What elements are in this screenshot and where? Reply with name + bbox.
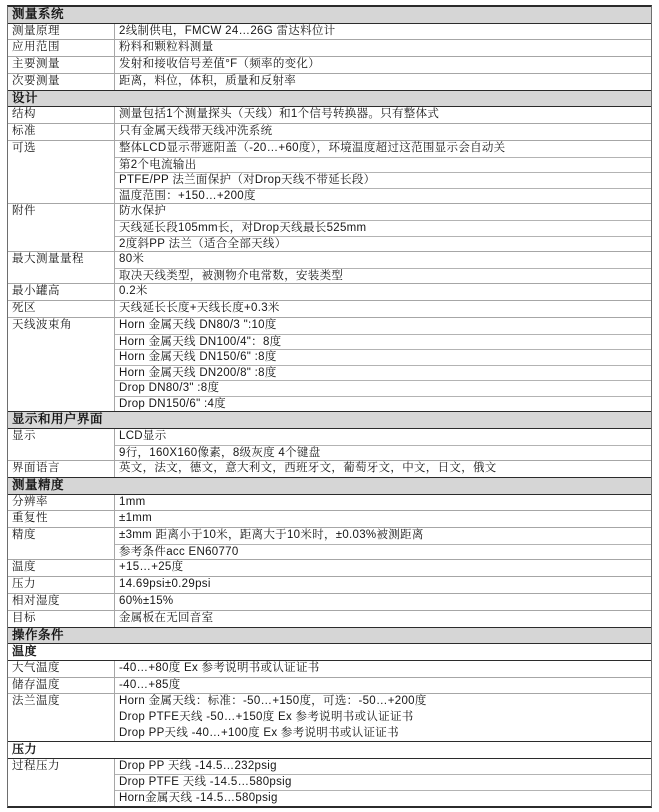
spec-label: 显示 xyxy=(8,429,115,460)
spec-values: ±1mm xyxy=(115,511,651,527)
spec-row: 相对湿度60%±15% xyxy=(8,593,651,610)
spec-row: 大气温度-40…+80度 Ex 参考说明书或认证证书 xyxy=(8,660,651,677)
spec-label: 法兰温度 xyxy=(8,694,115,741)
spec-row: 可选整体LCD显示带遮阳盖（-20…+60度），环境温度超过这范围显示会自动关第… xyxy=(8,140,651,203)
spec-values: 80米取决天线类型，被测物介电常数，安装类型 xyxy=(115,252,651,283)
section-header: 显示和用户界面 xyxy=(8,411,651,428)
spec-label: 精度 xyxy=(8,528,115,559)
spec-value: 1mm xyxy=(115,495,651,511)
spec-value: ±3mm 距离小于10米，距离大于10米时，±0.03%被测距离 xyxy=(115,528,651,544)
spec-label: 主要测量 xyxy=(8,57,115,73)
spec-label: 分辨率 xyxy=(8,495,115,511)
spec-values: 发射和接收信号差值°F（频率的变化） xyxy=(115,57,651,73)
spec-value: 2线制供电，FMCW 24…26G 雷达料位计 xyxy=(115,24,651,40)
spec-row: 精度±3mm 距离小于10米，距离大于10米时，±0.03%被测距离参考条件ac… xyxy=(8,527,651,559)
spec-label: 最大测量量程 xyxy=(8,252,115,283)
spec-value: 整体LCD显示带遮阳盖（-20…+60度），环境温度超过这范围显示会自动关 xyxy=(115,141,651,157)
spec-value: 取决天线类型，被测物介电常数，安装类型 xyxy=(115,268,651,284)
spec-values: +15…+25度 xyxy=(115,560,651,576)
section-header: 测量精度 xyxy=(8,477,651,494)
spec-value: Drop DN150/6" :4度 xyxy=(115,396,651,412)
spec-value: Drop PTFE 天线 -14.5…580psig xyxy=(115,774,651,790)
spec-label: 次要测量 xyxy=(8,74,115,90)
spec-value: Drop DN80/3" :8度 xyxy=(115,380,651,396)
spec-row: 应用范围粉料和颗粒料测量 xyxy=(8,39,651,56)
spec-value: 英文，法文，德文，意大利文，西班牙文，葡萄牙文，中文，日文，俄文 xyxy=(115,461,651,477)
page: 测量系统测量原理2线制供电，FMCW 24…26G 雷达料位计应用范围粉料和颗粒… xyxy=(0,0,659,812)
spec-label: 过程压力 xyxy=(8,759,115,806)
spec-label: 可选 xyxy=(8,141,115,203)
spec-label: 温度 xyxy=(8,560,115,576)
spec-values: LCD显示9行，160X160像素，8级灰度 4个键盘 xyxy=(115,429,651,460)
spec-values: 测量包括1个测量探头（天线）和1个信号转换器。只有整体式 xyxy=(115,107,651,123)
spec-value: 14.69psi±0.29psi xyxy=(115,577,651,593)
spec-value: 发射和接收信号差值°F（频率的变化） xyxy=(115,57,651,73)
section-header: 设计 xyxy=(8,90,651,107)
spec-value: 参考条件acc EN60770 xyxy=(115,544,651,560)
spec-row: 天线波束角Horn 金属天线 DN80/3 ":10度Horn 金属天线 DN1… xyxy=(8,317,651,412)
spec-values: Drop PP 天线 -14.5…232psigDrop PTFE 天线 -14… xyxy=(115,759,651,806)
spec-values: -40…+80度 Ex 参考说明书或认证证书 xyxy=(115,661,651,677)
spec-value: -40…+80度 Ex 参考说明书或认证证书 xyxy=(115,661,651,677)
spec-values: -40…+85度 xyxy=(115,678,651,694)
spec-row: 最小罐高0.2米 xyxy=(8,283,651,300)
spec-row: 界面语言英文，法文，德文，意大利文，西班牙文，葡萄牙文，中文，日文，俄文 xyxy=(8,460,651,477)
spec-value: -40…+85度 xyxy=(115,678,651,694)
section-header: 操作条件 xyxy=(8,627,651,644)
spec-row: 法兰温度Horn 金属天线：标准：-50…+150度，可选：-50…+200度D… xyxy=(8,693,651,741)
spec-values: 2线制供电，FMCW 24…26G 雷达料位计 xyxy=(115,24,651,40)
spec-values: 整体LCD显示带遮阳盖（-20…+60度），环境温度超过这范围显示会自动关第2个… xyxy=(115,141,651,203)
spec-row: 重复性±1mm xyxy=(8,510,651,527)
spec-value: ±1mm xyxy=(115,511,651,527)
spec-values: 防水保护天线延长段105mm长，对Drop天线最长525mm2度斜PP 法兰（适… xyxy=(115,204,651,251)
spec-label: 大气温度 xyxy=(8,661,115,677)
spec-values: 14.69psi±0.29psi xyxy=(115,577,651,593)
spec-value: 只有金属天线带天线冲洗系统 xyxy=(115,124,651,140)
spec-value: Horn金属天线 -14.5…580psig xyxy=(115,790,651,806)
spec-values: Horn 金属天线 DN80/3 ":10度Horn 金属天线 DN100/4"… xyxy=(115,318,651,412)
spec-values: Horn 金属天线：标准：-50…+150度，可选：-50…+200度Drop … xyxy=(115,694,651,741)
spec-value: 防水保护 xyxy=(115,204,651,220)
spec-values: 粉料和颗粒料测量 xyxy=(115,40,651,56)
spec-values: 英文，法文，德文，意大利文，西班牙文，葡萄牙文，中文，日文，俄文 xyxy=(115,461,651,477)
spec-value: 第2个电流输出 xyxy=(115,157,651,173)
spec-row: 储存温度-40…+85度 xyxy=(8,677,651,694)
spec-value: Drop PP 天线 -14.5…232psig xyxy=(115,759,651,775)
spec-table: 测量系统测量原理2线制供电，FMCW 24…26G 雷达料位计应用范围粉料和颗粒… xyxy=(7,5,652,808)
spec-label: 相对湿度 xyxy=(8,594,115,610)
spec-values: 金属板在无回音室 xyxy=(115,611,651,627)
spec-row: 温度+15…+25度 xyxy=(8,559,651,576)
subsection-header: 压力 xyxy=(8,741,651,758)
spec-value: PTFE/PP 法兰面保护（对Drop天线不带延长段） xyxy=(115,172,651,188)
spec-value: +15…+25度 xyxy=(115,560,651,576)
spec-row: 分辨率1mm xyxy=(8,494,651,511)
spec-value: 测量包括1个测量探头（天线）和1个信号转换器。只有整体式 xyxy=(115,107,651,123)
spec-value: 80米 xyxy=(115,252,651,268)
spec-row: 测量原理2线制供电，FMCW 24…26G 雷达料位计 xyxy=(8,23,651,40)
section-header: 测量系统 xyxy=(8,7,651,23)
spec-label: 最小罐高 xyxy=(8,284,115,300)
spec-values: 天线延长长度+天线长度+0.3米 xyxy=(115,301,651,317)
spec-label: 应用范围 xyxy=(8,40,115,56)
spec-value: 9行，160X160像素，8级灰度 4个键盘 xyxy=(115,445,651,461)
spec-row: 附件防水保护天线延长段105mm长，对Drop天线最长525mm2度斜PP 法兰… xyxy=(8,203,651,251)
spec-value: 60%±15% xyxy=(115,594,651,610)
spec-row: 显示LCD显示9行，160X160像素，8级灰度 4个键盘 xyxy=(8,428,651,460)
spec-value: Drop PP天线 -40…+100度 Ex 参考说明书或认证证书 xyxy=(115,726,651,742)
spec-value: 温度范围：+150…+200度 xyxy=(115,188,651,204)
spec-label: 结构 xyxy=(8,107,115,123)
spec-values: 距离，料位，体积，质量和反射率 xyxy=(115,74,651,90)
spec-label: 界面语言 xyxy=(8,461,115,477)
spec-value: 0.2米 xyxy=(115,284,651,300)
spec-label: 压力 xyxy=(8,577,115,593)
spec-value: LCD显示 xyxy=(115,429,651,445)
spec-label: 储存温度 xyxy=(8,678,115,694)
spec-value: Horn 金属天线 DN80/3 ":10度 xyxy=(115,318,651,334)
spec-row: 主要测量发射和接收信号差值°F（频率的变化） xyxy=(8,56,651,73)
spec-row: 目标金属板在无回音室 xyxy=(8,610,651,627)
spec-row: 标准只有金属天线带天线冲洗系统 xyxy=(8,123,651,140)
spec-values: 60%±15% xyxy=(115,594,651,610)
spec-value: 粉料和颗粒料测量 xyxy=(115,40,651,56)
spec-value: 金属板在无回音室 xyxy=(115,611,651,627)
spec-value: Horn 金属天线 DN200/8" :8度 xyxy=(115,365,651,381)
spec-label: 死区 xyxy=(8,301,115,317)
spec-values: 只有金属天线带天线冲洗系统 xyxy=(115,124,651,140)
spec-row: 最大测量量程80米取决天线类型，被测物介电常数，安装类型 xyxy=(8,251,651,283)
spec-row: 过程压力Drop PP 天线 -14.5…232psigDrop PTFE 天线… xyxy=(8,758,651,806)
spec-row: 死区天线延长长度+天线长度+0.3米 xyxy=(8,300,651,317)
spec-label: 重复性 xyxy=(8,511,115,527)
spec-value: Horn 金属天线 DN100/4"：8度 xyxy=(115,334,651,350)
subsection-header: 温度 xyxy=(8,643,651,660)
spec-label: 天线波束角 xyxy=(8,318,115,412)
spec-value: 2度斜PP 法兰（适合全部天线） xyxy=(115,236,651,252)
spec-row: 压力14.69psi±0.29psi xyxy=(8,576,651,593)
spec-values: ±3mm 距离小于10米，距离大于10米时，±0.03%被测距离参考条件acc … xyxy=(115,528,651,559)
spec-value: 天线延长长度+天线长度+0.3米 xyxy=(115,301,651,317)
spec-values: 1mm xyxy=(115,495,651,511)
spec-row: 结构测量包括1个测量探头（天线）和1个信号转换器。只有整体式 xyxy=(8,106,651,123)
spec-value: Drop PTFE天线 -50…+150度 Ex 参考说明书或认证证书 xyxy=(115,710,651,726)
spec-value: 天线延长段105mm长，对Drop天线最长525mm xyxy=(115,220,651,236)
spec-row: 次要测量距离，料位，体积，质量和反射率 xyxy=(8,73,651,90)
spec-values: 0.2米 xyxy=(115,284,651,300)
spec-value: Horn 金属天线：标准：-50…+150度，可选：-50…+200度 xyxy=(115,694,651,710)
spec-value: Horn 金属天线 DN150/6" :8度 xyxy=(115,349,651,365)
spec-label: 目标 xyxy=(8,611,115,627)
spec-value: 距离，料位，体积，质量和反射率 xyxy=(115,74,651,90)
spec-label: 测量原理 xyxy=(8,24,115,40)
spec-label: 标准 xyxy=(8,124,115,140)
spec-label: 附件 xyxy=(8,204,115,251)
